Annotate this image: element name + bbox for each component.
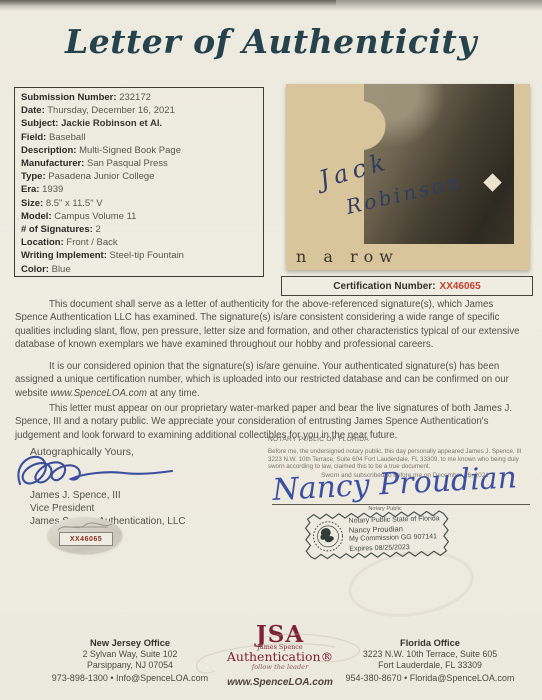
photo-caption-text: n a row [296,247,399,266]
scan-shadow-dark [0,0,336,6]
certification-label: Certification Number: [333,281,435,292]
certification-number: XX46065 [440,281,481,292]
letter-of-authenticity-page: Letter of Authenticity Submission Number… [0,0,542,700]
footer-fl-office: Florida Office 3223 N.W. 10th Terrace, S… [326,638,534,683]
notary-statement: Before me, the undersigned notary public… [268,448,528,471]
body-paragraph-1: This document shall serve as a letter of… [15,298,528,352]
notary-signature-line [272,504,530,505]
notary-heading: NOTARY PUBLIC OF FLORIDA [268,436,369,443]
fl-office-address1: 3223 N.W. 10th Terrace, Suite 605 [326,649,534,660]
detail-row-location: Location: Front / Back [21,236,257,249]
detail-row-field: Field: Baseball [21,131,257,144]
detail-row-era: Era: 1939 [21,183,257,196]
signer-name: James J. Spence, III [30,489,186,502]
page-title: Letter of Authenticity [0,22,542,61]
body-paragraph-2: It is our considered opinion that the si… [15,360,528,400]
fl-office-contact: 954-380-8670 • Florida@SpenceLOA.com [326,673,534,683]
item-photo: Jack Robinson n a row [286,84,530,270]
detail-row-subject: Subject: Jackie Robinson et Al. [21,117,257,130]
item-details-box: Submission Number: 232172 Date: Thursday… [14,87,264,277]
detail-row-manufacturer: Manufacturer: San Pasqual Press [21,157,257,170]
detail-row-size: Size: 8.5" x 11.5" V [21,197,257,210]
detail-row-writing-implement: Writing Implement: Steel-tip Fountain [21,249,257,262]
photo-figure-shadow [364,84,514,244]
jsa-hologram-sticker: XX46065 [48,517,122,553]
detail-row-submission: Submission Number: 232172 [21,91,257,104]
detail-row-model: Model: Campus Volume 11 [21,210,257,223]
eagle-icon [320,528,334,543]
detail-row-date: Date: Thursday, December 16, 2021 [21,104,257,117]
sticker-number: XX46065 [59,532,113,546]
signer-title: Vice President [30,502,186,515]
detail-row-color: Color: Blue [21,263,257,276]
sworn-line: Sworn and subscribed to before me on Dec… [288,472,522,479]
website-text: www.SpenceLOA.com [51,388,147,399]
notary-seal-icon [313,521,343,551]
certification-number-box: Certification Number: XX46065 [281,276,533,296]
detail-row-type: Type: Pasadena Junior College [21,170,257,183]
detail-row-signatures: # of Signatures: 2 [21,223,257,236]
stamp-text: Notary Public State of Florida Nancy Pro… [348,514,440,553]
detail-row-description: Description: Multi-Signed Book Page [21,144,257,157]
fl-office-address2: Fort Lauderdale, FL 33309 [326,660,534,671]
fl-office-title: Florida Office [326,638,534,648]
